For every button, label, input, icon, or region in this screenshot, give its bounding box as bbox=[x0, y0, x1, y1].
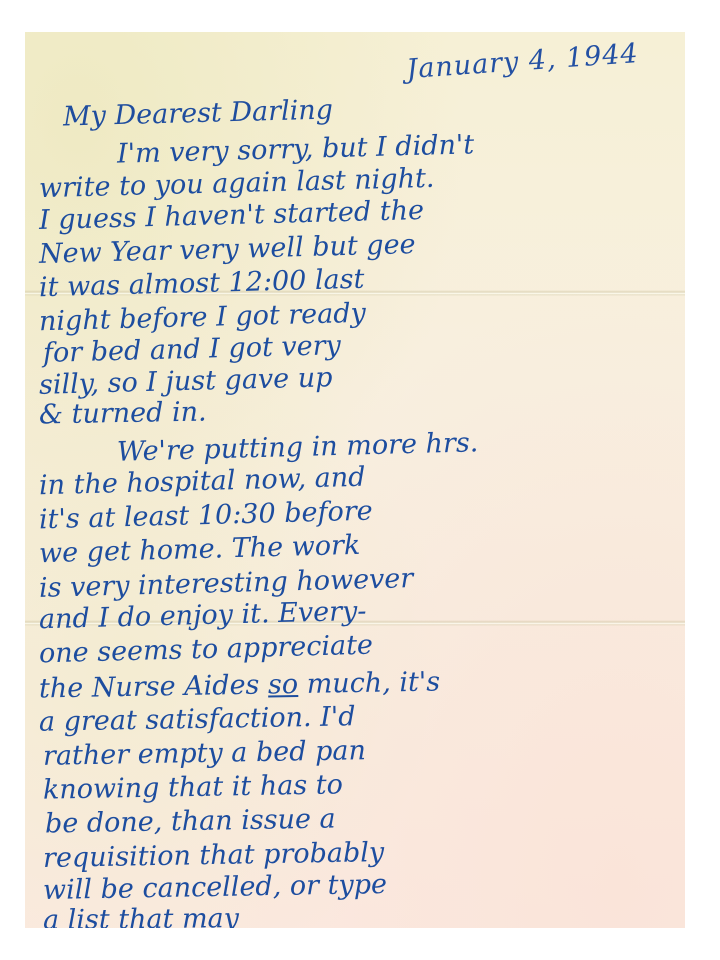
letter-line: rather empty a bed pan bbox=[43, 737, 366, 770]
letter-line: we get home. The work bbox=[39, 532, 361, 567]
letter-line: requisition that probably bbox=[43, 839, 385, 872]
letter-line: one seems to appreciate bbox=[39, 632, 374, 668]
letter-date: January 4, 1944 bbox=[406, 38, 640, 85]
letter-line: it was almost 12:00 last bbox=[39, 266, 365, 302]
letter-line: will be cancelled, or type bbox=[43, 871, 387, 904]
letter-line: and I do enjoy it. Every- bbox=[39, 598, 367, 634]
letter-line: in the hospital now, and bbox=[39, 464, 366, 500]
letter-salutation: My Dearest Darling bbox=[63, 94, 334, 132]
scanned-page: January 4, 1944 My Dearest Darling I'm v… bbox=[0, 0, 720, 960]
letter-line: New Year very well but gee bbox=[39, 231, 416, 268]
letter-paper: January 4, 1944 My Dearest Darling I'm v… bbox=[25, 32, 685, 928]
letter-line: a list that may bbox=[43, 905, 239, 928]
letter-body: January 4, 1944 My Dearest Darling I'm v… bbox=[25, 32, 685, 928]
emphasized-word: so bbox=[268, 669, 299, 701]
letter-line: I guess I haven't started the bbox=[39, 197, 425, 234]
letter-line: We're putting in more hrs. bbox=[117, 429, 479, 465]
letter-line: the Nurse Aides so much, it's bbox=[39, 669, 441, 703]
letter-line: silly, so I just gave up bbox=[39, 364, 333, 399]
letter-line: be done, than issue a bbox=[45, 805, 336, 837]
letter-line: & turned in. bbox=[39, 399, 207, 429]
letter-line: knowing that it has to bbox=[43, 771, 343, 803]
letter-line: it's at least 10:30 before bbox=[39, 498, 373, 534]
letter-line: a great satisfaction. I'd bbox=[39, 703, 356, 736]
letter-line: for bed and I got very bbox=[43, 332, 341, 367]
